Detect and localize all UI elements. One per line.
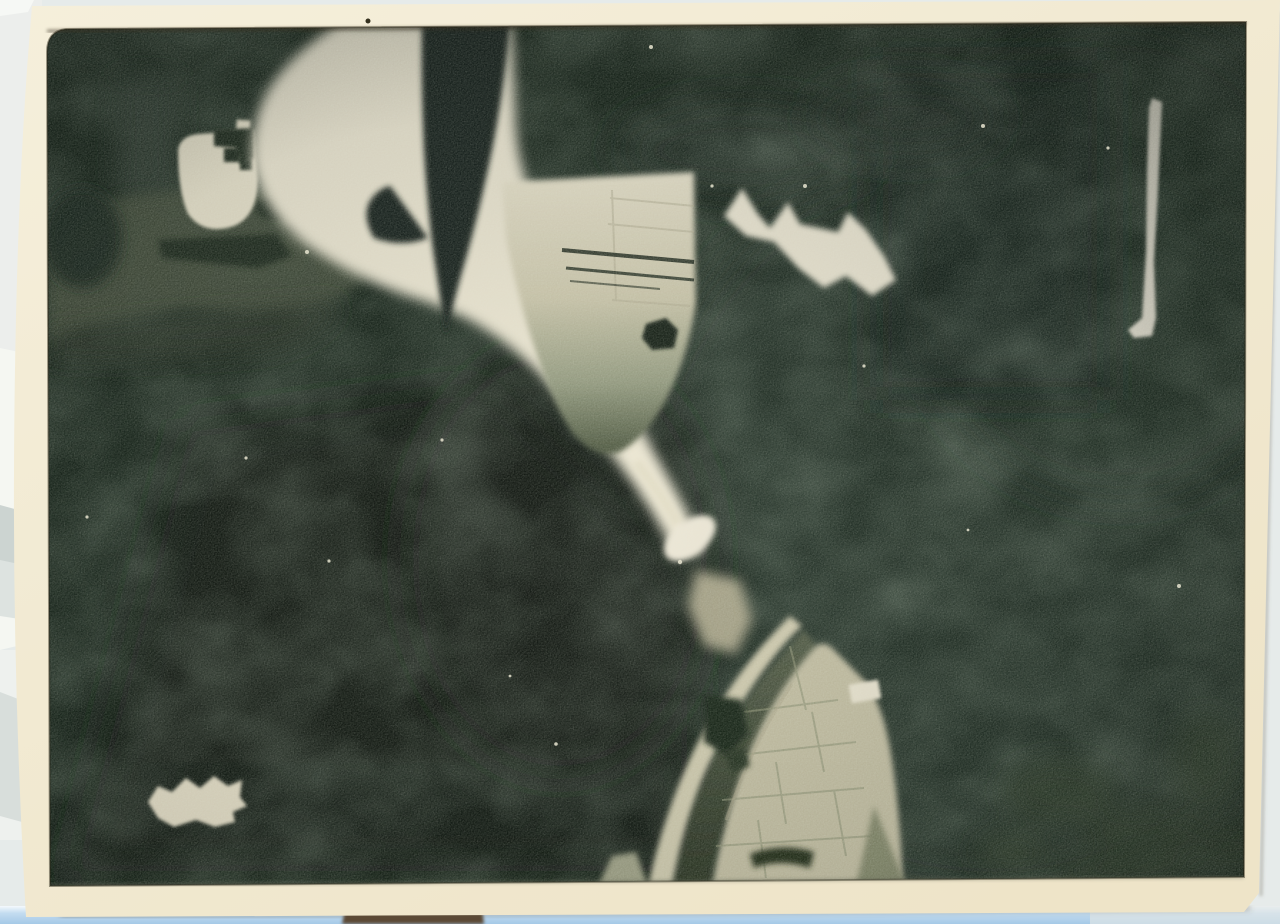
scan-page: { "scene": { "type": "scanned-vintage-ph… [0,0,1280,924]
photo-image [40,16,1280,900]
scanned-photo-svg [0,0,1280,924]
scanner-bed [0,0,1280,924]
dust-speck-on-border [366,19,371,24]
film-grain-overlay [40,16,1252,890]
